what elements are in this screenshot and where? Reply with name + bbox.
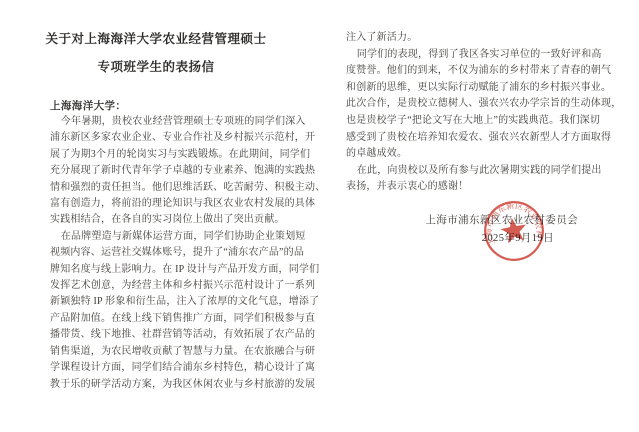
text-line: 度赞誉。他们的到来，不仅为浦东的乡村带来了青春的朝气 — [346, 63, 630, 80]
text-line: 情和强烈的责任担当。他们思维活跃、吃苦耐劳、积极主动、 — [50, 180, 316, 196]
text-line: 实践相结合，在各自的实习岗位上做出了突出贡献。 — [50, 212, 316, 228]
text-line: 专项班学生的表扬信 — [28, 54, 284, 82]
text-line: 展了为期3个月的轮岗实习与实践锻炼。在此期间，同学们 — [50, 147, 316, 163]
signature-date: 2025年9月19日 — [342, 230, 590, 248]
text-line: 在品牌塑造与新媒体运营方面，同学们协助企业策划短 — [50, 229, 316, 245]
letter-scan: 关于对上海海洋大学农业经营管理硕士专项班学生的表扬信 上海海洋大学： 今年暑期，… — [0, 0, 639, 432]
text-line: 今年暑期，贵校农业经营管理硕士专项班的同学们深入 — [50, 114, 316, 130]
text-line: 播带货、线下地推、社群营销等活动，有效拓展了农产品的 — [50, 327, 316, 343]
salutation: 上海海洋大学： — [50, 98, 126, 113]
text-line: 富有创造力，将前沿的理论知识与我区农业农村发展的具体 — [50, 196, 316, 212]
letter-body-right: 注入了新活力。 同学们的表现，得到了我区各实习单位的一致好评和高度赞誉。他们的到… — [346, 30, 630, 196]
text-line: 发挥艺术创意，为经营主体和乡村振兴示范村设计了一系列 — [50, 278, 316, 294]
text-line: 产品附加值。在线上线下销售推广方面，同学们积极参与直 — [50, 311, 316, 327]
text-line: 感受到了贵校在培养知农爱农、强农兴农新型人才方面取得 — [346, 130, 630, 147]
text-line: 在此，向贵校以及所有参与此次暑期实践的同学们提出 — [346, 163, 630, 180]
text-line: 牌知名度与线上影响力。在 IP 设计与产品开发方面，同学们 — [50, 262, 316, 278]
letter-body-left: 今年暑期，贵校农业经营管理硕士专项班的同学们深入浦东新区多家农业企业、专业合作社… — [50, 114, 316, 393]
text-line: 和创新的思维，更以实际行动赋能了浦东的乡村振兴事业。 — [346, 80, 630, 97]
text-line: 同学们的表现，得到了我区各实习单位的一致好评和高 — [346, 47, 630, 64]
text-line: 学课程设计方面，同学们结合浦东乡村特色，精心设计了寓 — [50, 360, 316, 376]
signature-block: 上海市浦东新区农业农村委员会 2025年9月19日 — [342, 212, 590, 247]
text-line: 销售渠道，为农民增收贡献了智慧与力量。在农旅融合与研 — [50, 344, 316, 360]
text-line: 的卓越成效。 — [346, 146, 630, 163]
text-line: 也是贵校学子“把论文写在大地上”的实践典范。我们深切 — [346, 113, 630, 130]
text-line: 关于对上海海洋大学农业经营管理硕士 — [28, 26, 284, 54]
text-line: 充分展现了新时代青年学子卓越的专业素养、饱满的实践热 — [50, 163, 316, 179]
text-line: 注入了新活力。 — [346, 30, 630, 47]
text-line: 此次合作，是贵校立德树人、强农兴农办学宗旨的生动体现， — [346, 96, 630, 113]
letter-title: 关于对上海海洋大学农业经营管理硕士专项班学生的表扬信 — [28, 26, 284, 81]
text-line: 表扬，并表示衷心的感谢！ — [346, 179, 630, 196]
text-line: 教于乐的研学活动方案，为我区休闲农业与乡村旅游的发展 — [50, 377, 316, 393]
text-line: 新颖独特 IP 形象和衍生品，注入了浓厚的文化气息，增添了 — [50, 294, 316, 310]
text-line: 浦东新区多家农业企业、专业合作社及乡村振兴示范村，开 — [50, 130, 316, 146]
text-line: 视频内容、运营社交媒体账号，提升了“浦东农产品”的品 — [50, 245, 316, 261]
signature-org: 上海市浦东新区农业农村委员会 — [342, 212, 590, 230]
